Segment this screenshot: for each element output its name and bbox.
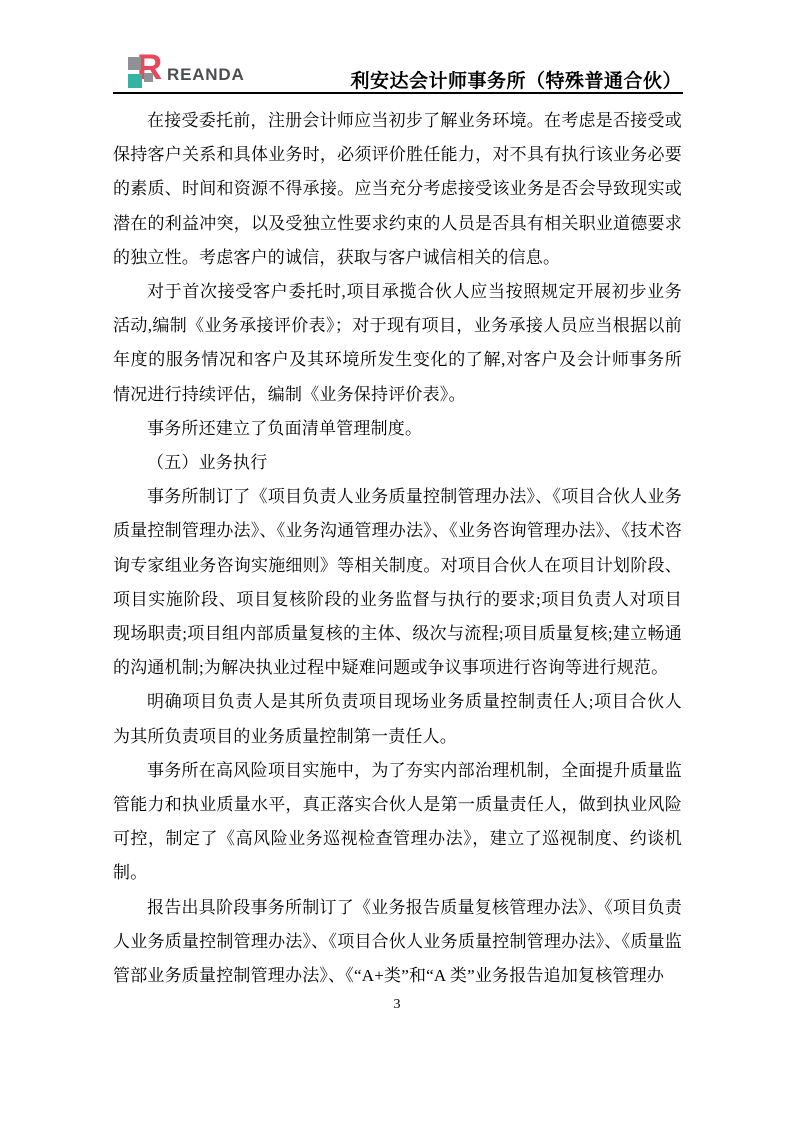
paragraph-report-issuance: 报告出具阶段事务所制订了《业务报告质量复核管理办法》、《项目负责人业务质量控制管… xyxy=(113,891,682,994)
logo-square-gray-center xyxy=(144,73,153,82)
document-body: 在接受委托前，注册会计师应当初步了解业务环境。在考虑是否接受或保持客户关系和具体… xyxy=(113,104,682,993)
header-divider xyxy=(113,92,683,94)
section-heading-business-execution: （五）业务执行 xyxy=(113,446,682,480)
paragraph-responsibility: 明确项目负责人是其所负责项目现场业务质量控制责任人;项目合伙人为其所负责项目的业… xyxy=(113,685,682,753)
logo-square-teal xyxy=(128,74,142,88)
header-firm-title: 利安达会计师事务所（特殊普通合伙） xyxy=(222,66,682,93)
paragraph-high-risk-projects: 事务所在高风险项目实施中，为了夯实内部治理机制，全面提升质量监管能力和执业质量水… xyxy=(113,754,682,891)
paragraph-first-engagement: 对于首次接受客户委托时,项目承揽合伙人应当按照规定开展初步业务活动,编制《业务承… xyxy=(113,275,682,412)
document-page: R REANDA 利安达会计师事务所（特殊普通合伙） 在接受委托前，注册会计师应… xyxy=(0,0,794,1123)
page-number: 3 xyxy=(0,997,794,1013)
paragraph-quality-control-rules: 事务所制订了《项目负责人业务质量控制管理办法》、《项目合伙人业务质量控制管理办法… xyxy=(113,480,682,685)
paragraph-acceptance-overview: 在接受委托前，注册会计师应当初步了解业务环境。在考虑是否接受或保持客户关系和具体… xyxy=(113,104,682,275)
logo-square-gray-top xyxy=(128,57,141,70)
reanda-logo-icon: R xyxy=(128,57,161,88)
paragraph-negative-list: 事务所还建立了负面清单管理制度。 xyxy=(113,412,682,446)
